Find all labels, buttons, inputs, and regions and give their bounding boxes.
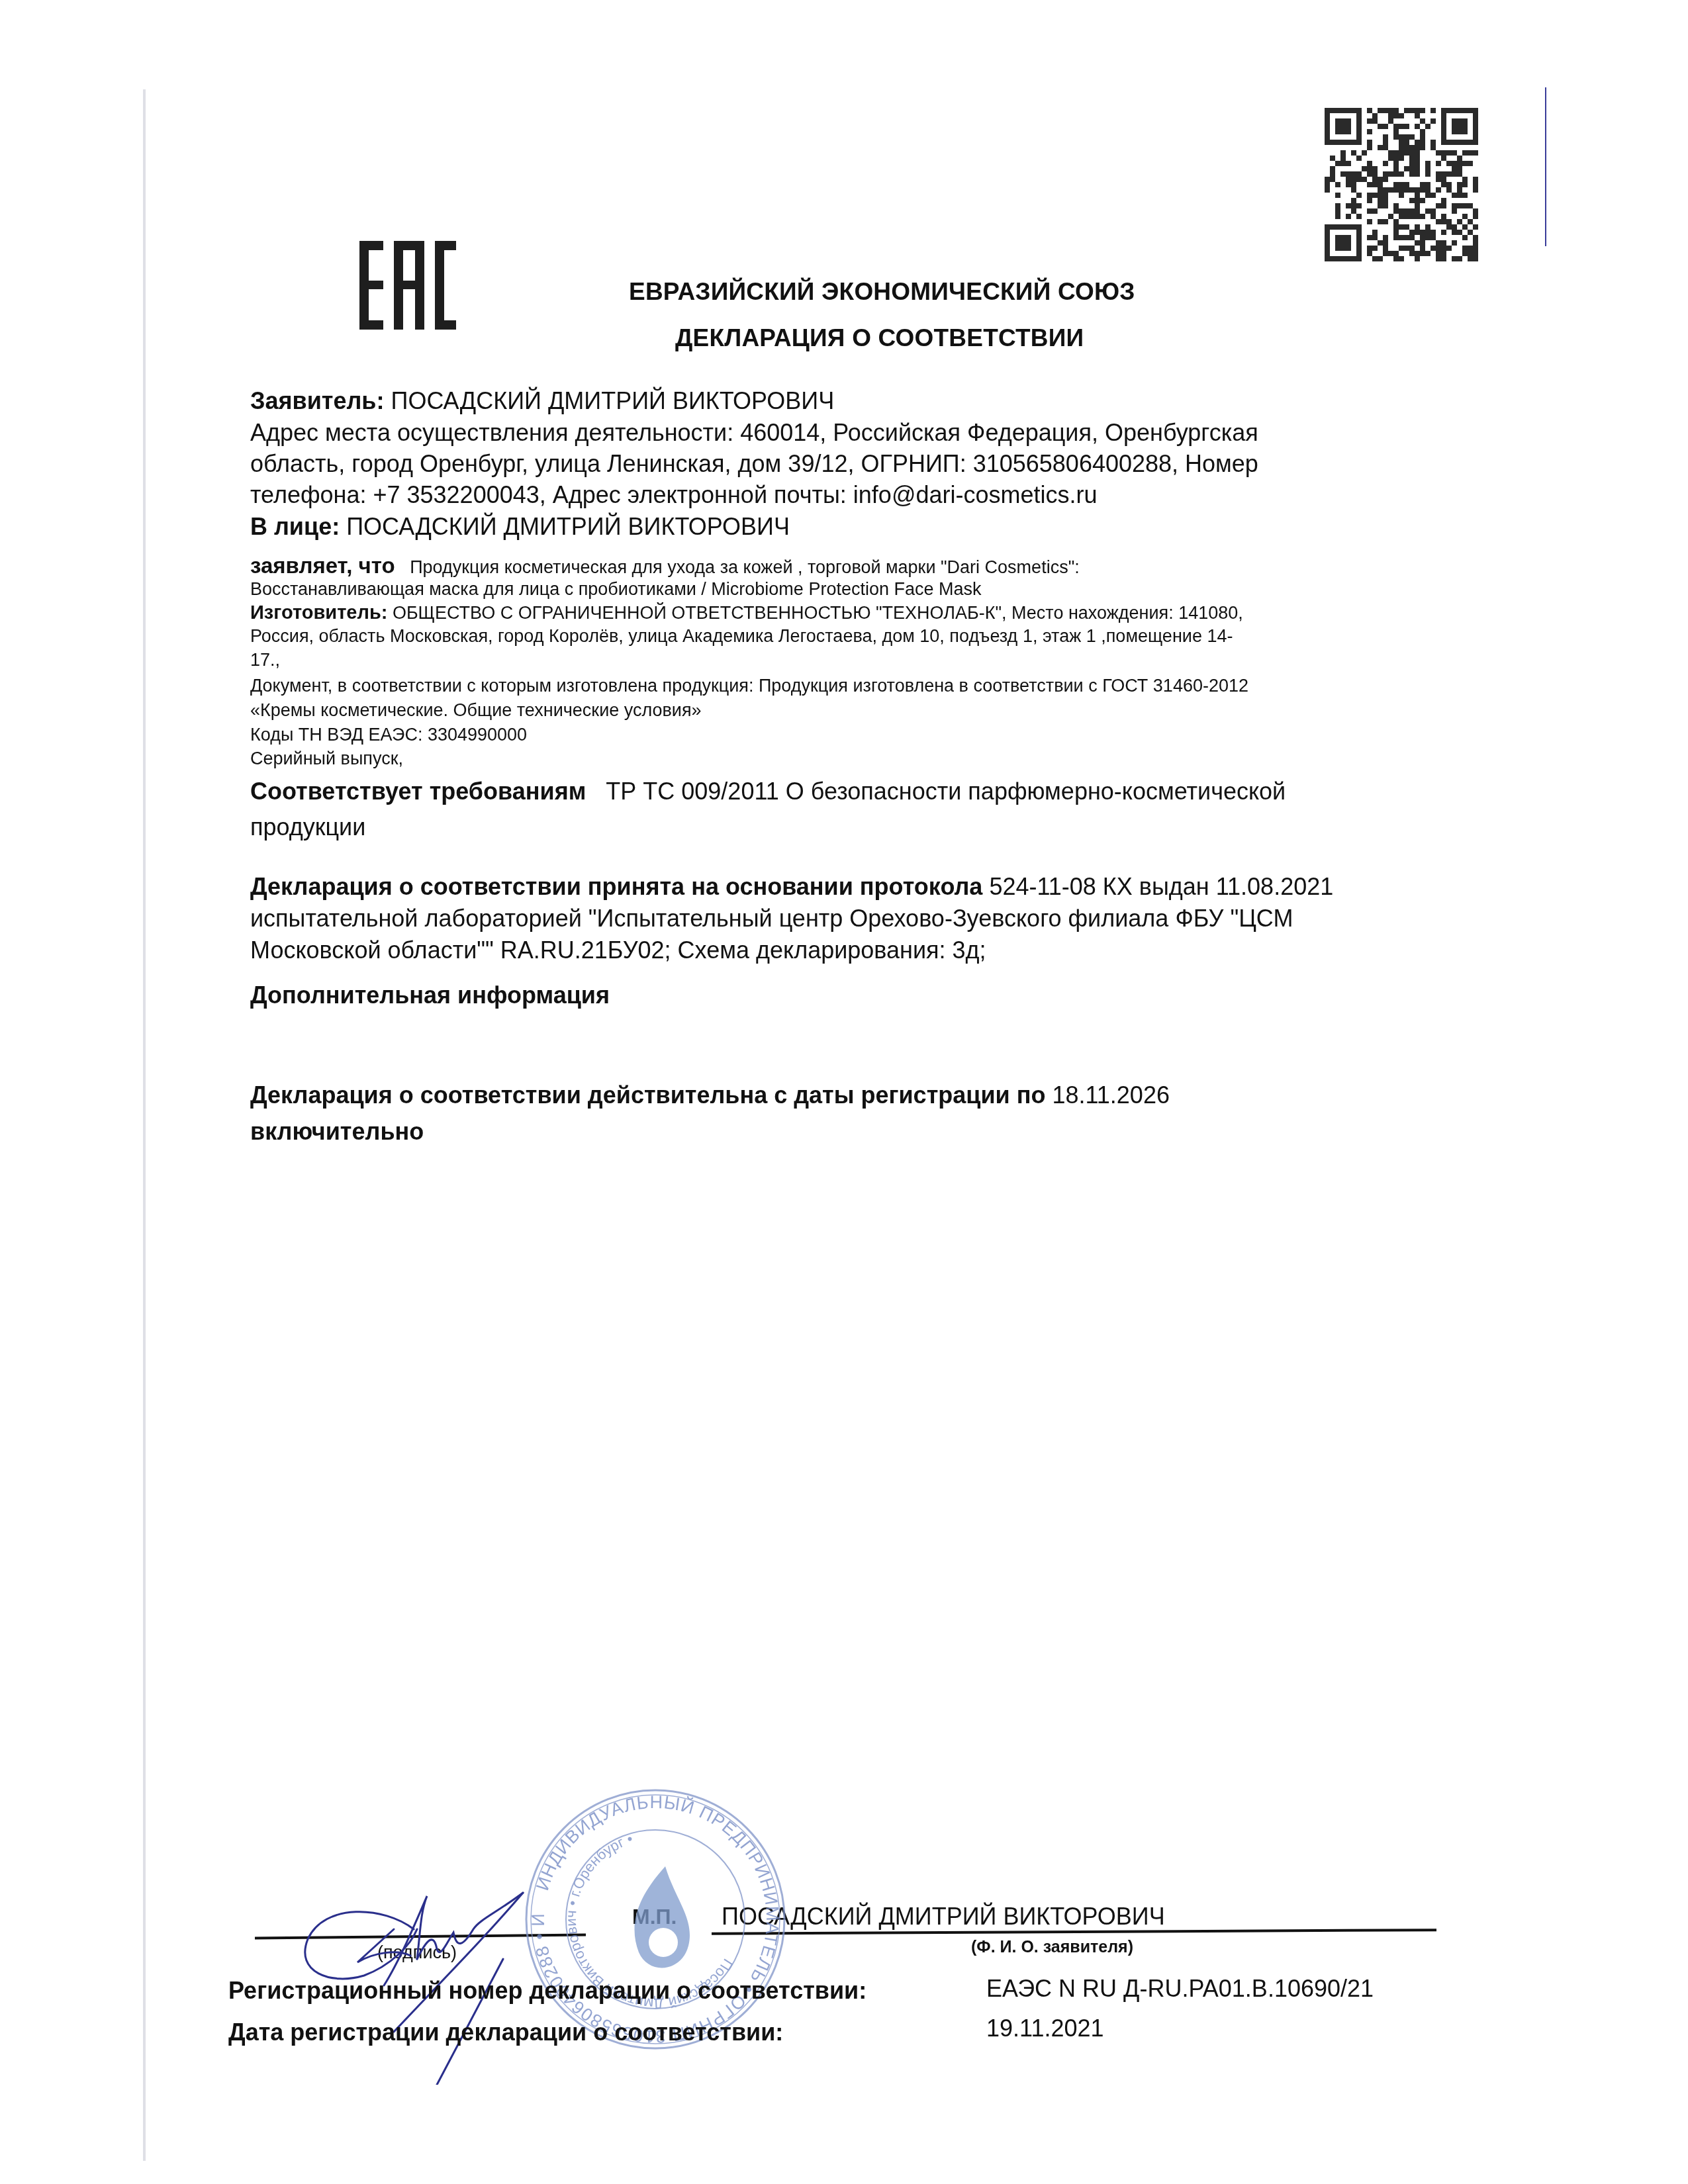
compliance-line-2: продукции bbox=[250, 815, 365, 839]
registration-date-line: Дата регистрации декларации о соответств… bbox=[228, 2021, 783, 2044]
validity-suffix-text: включительно bbox=[250, 1118, 424, 1145]
basis-line-3: Московской области"" RA.RU.21БУ02; Схема… bbox=[250, 938, 986, 962]
tn-ved-codes: Коды ТН ВЭД ЕАЭС: 3304990000 bbox=[250, 726, 527, 744]
document-title: ДЕКЛАРАЦИЯ О СООТВЕТСТВИИ bbox=[675, 326, 1084, 350]
declares-label: заявляет, что bbox=[250, 553, 395, 578]
validity-suffix: включительно bbox=[250, 1120, 424, 1144]
additional-info-heading: Дополнительная информация bbox=[250, 983, 610, 1007]
handwritten-signature-icon bbox=[285, 1866, 563, 2085]
basis-line-1: Декларация о соответствии принята на осн… bbox=[250, 875, 1333, 899]
manufacturer-label: Изготовитель: bbox=[250, 602, 387, 623]
serial-release: Серийный выпуск, bbox=[250, 750, 403, 768]
document-basis-line-2: «Кремы косметические. Общие технические … bbox=[250, 702, 702, 719]
declares-line: заявляет, что Продукция косметическая дл… bbox=[250, 555, 1080, 576]
manufacturer-line-3: 17., bbox=[250, 651, 280, 669]
name-caption: (Ф. И. О. заявителя) bbox=[971, 1939, 1133, 1956]
eac-logo-icon bbox=[359, 241, 456, 330]
registration-number-label: Регистрационный номер декларации о соотв… bbox=[228, 1977, 867, 2004]
manufacturer-line-1: Изготовитель: ОБЩЕСТВО С ОГРАНИЧЕННОЙ ОТ… bbox=[250, 604, 1243, 623]
product-line-1: Продукция косметическая для ухода за кож… bbox=[410, 557, 1080, 577]
registration-number-line: Регистрационный номер декларации о соотв… bbox=[228, 1979, 867, 2003]
validity-date: 18.11.2026 bbox=[1045, 1081, 1170, 1109]
document-basis-line-1: Документ, в соответствии с которым изгот… bbox=[250, 677, 1248, 695]
page-edge-right bbox=[1545, 87, 1546, 246]
validity-line: Декларация о соответствии действительна … bbox=[250, 1083, 1170, 1107]
applicant-address-3: телефона: +7 3532200043, Адрес электронн… bbox=[250, 483, 1098, 507]
basis-protocol: 524-11-08 КХ выдан 11.08.2021 bbox=[982, 873, 1333, 900]
applicant-address-2: область, город Оренбург, улица Ленинская… bbox=[250, 452, 1258, 476]
represented-name: ПОСАДСКИЙ ДМИТРИЙ ВИКТОРОВИЧ bbox=[346, 513, 790, 540]
basis-line-2: испытательной лабораторией "Испытательны… bbox=[250, 907, 1293, 931]
compliance-text: ТР ТС 009/2011 О безопасности парфюмерно… bbox=[606, 778, 1286, 805]
registration-date-label: Дата регистрации декларации о соответств… bbox=[228, 2019, 783, 2046]
compliance-line-1: Соответствует требованиям ТР ТС 009/2011… bbox=[250, 780, 1286, 803]
signer-name: ПОСАДСКИЙ ДМИТРИЙ ВИКТОРОВИЧ bbox=[722, 1905, 1165, 1929]
seal-stamp-icon: ИНДИВИДУАЛЬНЫЙ ПРЕДПРИНИМАТЕЛЬ • ОГРНИП … bbox=[523, 1787, 788, 2052]
validity-label: Декларация о соответствии действительна … bbox=[250, 1081, 1045, 1109]
product-line-2: Восстанавливающая маска для лица с проби… bbox=[250, 580, 981, 598]
registration-date-value: 19.11.2021 bbox=[986, 2017, 1104, 2040]
applicant-name: ПОСАДСКИЙ ДМИТРИЙ ВИКТОРОВИЧ bbox=[391, 387, 835, 414]
applicant-line: Заявитель: ПОСАДСКИЙ ДМИТРИЙ ВИКТОРОВИЧ bbox=[250, 389, 834, 413]
manufacturer-text: ОБЩЕСТВО С ОГРАНИЧЕННОЙ ОТВЕТСТВЕННОСТЬЮ… bbox=[387, 603, 1243, 623]
registration-number-value: ЕАЭС N RU Д-RU.PA01.B.10690/21 bbox=[986, 1977, 1374, 2001]
compliance-label: Соответствует требованиям bbox=[250, 778, 586, 805]
qr-code-icon[interactable] bbox=[1325, 106, 1478, 263]
manufacturer-line-2: Россия, область Московская, город Королё… bbox=[250, 627, 1233, 645]
union-title: ЕВРАЗИЙСКИЙ ЭКОНОМИЧЕСКИЙ СОЮЗ bbox=[629, 279, 1135, 304]
basis-label: Декларация о соответствии принята на осн… bbox=[250, 873, 982, 900]
represented-label: В лице: bbox=[250, 513, 340, 540]
additional-info-label: Дополнительная информация bbox=[250, 981, 610, 1009]
page-edge-left bbox=[143, 89, 146, 2161]
applicant-address-1: Адрес места осуществления деятельности: … bbox=[250, 421, 1258, 445]
represented-line: В лице: ПОСАДСКИЙ ДМИТРИЙ ВИКТОРОВИЧ bbox=[250, 515, 790, 539]
applicant-label: Заявитель: bbox=[250, 387, 384, 414]
